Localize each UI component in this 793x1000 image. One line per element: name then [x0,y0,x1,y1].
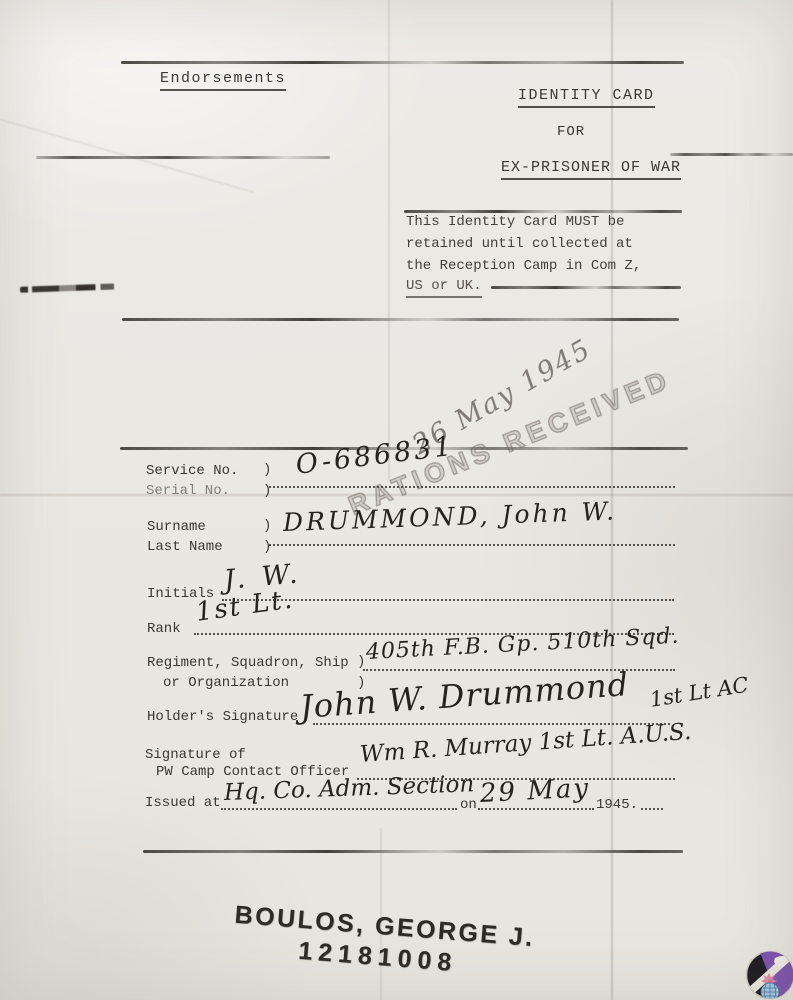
notice-top-rule [404,210,682,213]
signature-of-label: Signature of [145,747,246,763]
title-for-word: FOR [557,124,585,140]
notice-line-2: retained until collected at [406,236,633,252]
rule-line-broken-left [36,156,330,159]
endorsements-heading: Endorsements [160,70,286,91]
rule-line-middle [122,318,679,321]
holders-signature-label: Holder's Signature [147,709,298,725]
identity-card-title: IDENTITY CARD [518,87,655,108]
rule-line-broken-right [670,153,793,156]
owner-name-stamp: BOULOS, GEORGE J. 12181008 [231,901,527,984]
ink-smudge [20,283,122,293]
notice-line-3: the Reception Camp in Com Z, [406,258,641,274]
surname-label: Surname [147,519,206,535]
regiment-label: Regiment, Squadron, Ship [147,655,349,671]
issued-at-label: Issued at [145,795,221,811]
scanned-identity-card-document: Endorsements IDENTITY CARD FOR EX-PRISON… [0,0,793,1000]
holder-rank-branch-handwritten: 1st Lt AC [648,673,750,712]
organization-label: or Organization [163,675,289,691]
rule-line-bottom [143,850,683,853]
notice-bottom-rule [491,286,681,289]
squadron-emblem-watermark-icon [745,948,793,1000]
issued-year-dotted-line [641,790,663,810]
diagonal-crease [0,109,254,194]
ex-prisoner-of-war-title: EX-PRISONER OF WAR [501,159,681,180]
last-name-label: Last Name [147,539,223,555]
on-label: on [460,797,477,813]
serial-no-label: Serial No. [146,483,230,499]
issued-year-label: 1945. [596,797,638,813]
notice-line-4: US or UK. [406,278,482,298]
rule-line-top [121,61,684,64]
issued-date-handwritten: 29 May [479,773,591,809]
rank-label: Rank [147,621,181,637]
vertical-fold-crease [388,0,390,480]
service-no-label: Service No. [146,463,238,479]
notice-line-1: This Identity Card MUST be [406,214,624,230]
